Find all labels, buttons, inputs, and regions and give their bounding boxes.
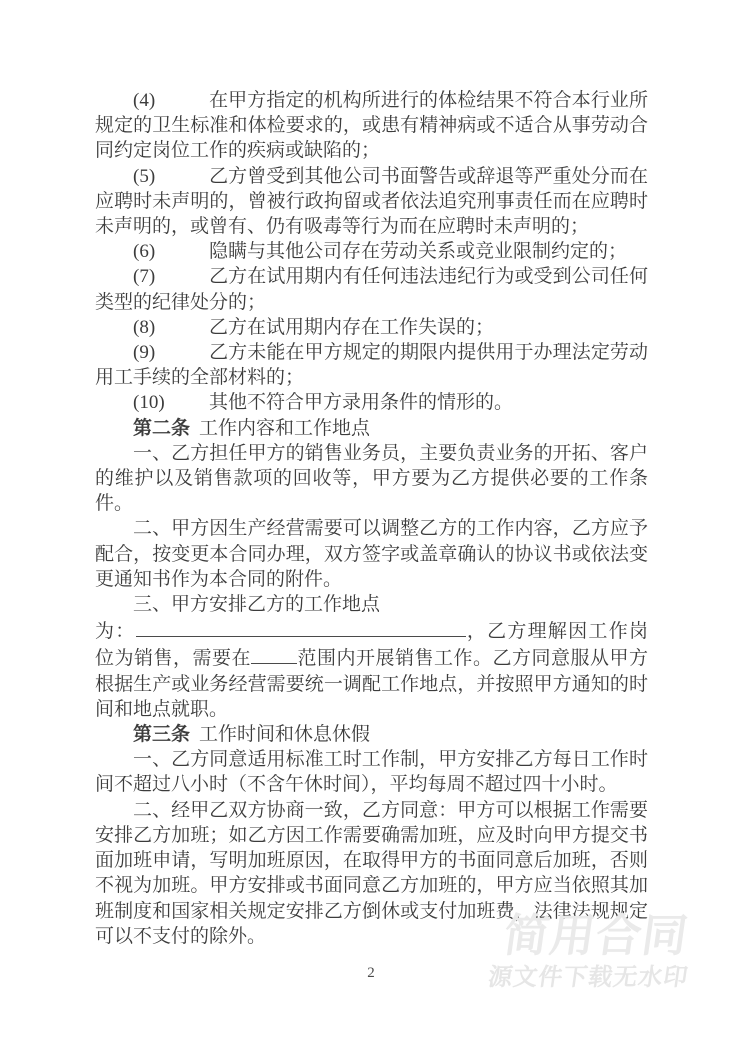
clause-item: (9)乙方未能在甲方规定的期限内提供用于办理法定劳动用工手续的全部材料的； xyxy=(95,340,648,390)
clause-item: (6)隐瞒与其他公司存在劳动关系或竞业限制约定的； xyxy=(95,239,648,264)
paragraph: 二、经甲乙双方协商一致，乙方同意：甲方可以根据工作需要安排乙方加班；如乙方因工作… xyxy=(95,798,648,949)
clause-heading-title: 工作时间和休息休假 xyxy=(199,724,370,745)
paragraph: 一、乙方担任甲方的销售业务员，主要负责业务的开拓、客户的维护以及销售款项的回收等… xyxy=(95,441,648,517)
item-number: (10) xyxy=(133,390,209,415)
item-text: 其他不符合甲方录用条件的情形的。 xyxy=(209,392,513,413)
item-number: (7) xyxy=(133,264,209,289)
clause-item: (4)在甲方指定的机构所进行的体检结果不符合本行业所规定的卫生标准和体检要求的，… xyxy=(95,88,648,164)
item-text: 隐瞒与其他公司存在劳动关系或竞业限制约定的； xyxy=(209,241,627,262)
clause-heading-title: 工作内容和工作地点 xyxy=(199,418,370,439)
paragraph: 一、乙方同意适用标准工时工作制，甲方安排乙方每日工作时间不超过八小时（不含午休时… xyxy=(95,747,648,797)
contract-body: (4)在甲方指定的机构所进行的体检结果不符合本行业所规定的卫生标准和体检要求的，… xyxy=(95,88,648,949)
clause-item: (5)乙方曾受到其他公司书面警告或辞退等严重处分而在应聘时未声明的，曾被行政拘留… xyxy=(95,164,648,240)
item-number: (8) xyxy=(133,315,209,340)
fill-in-blank xyxy=(251,644,297,664)
fill-in-blank xyxy=(136,617,466,637)
page-number: 2 xyxy=(0,965,742,982)
item-number: (9) xyxy=(133,340,209,365)
item-number: (4) xyxy=(133,88,209,113)
clause-item: (8)乙方在试用期内存在工作失误的； xyxy=(95,315,648,340)
paragraph-text: 为： xyxy=(95,621,136,642)
paragraph: 二、甲方因生产经营需要可以调整乙方的工作内容，乙方应予配合，按变更本合同办理，双… xyxy=(95,516,648,592)
clause-item: (10)其他不符合甲方录用条件的情形的。 xyxy=(95,390,648,415)
clause-heading: 第三条工作时间和休息休假 xyxy=(95,722,648,747)
clause-heading: 第二条工作内容和工作地点 xyxy=(95,416,648,441)
contract-document-page: (4)在甲方指定的机构所进行的体检结果不符合本行业所规定的卫生标准和体检要求的，… xyxy=(0,0,742,1050)
clause-heading-number: 第二条 xyxy=(133,418,190,439)
item-text: 乙方在试用期内存在工作失误的； xyxy=(209,317,494,338)
clause-item: (7)乙方在试用期内有任何违法违纪行为或受到公司任何类型的纪律处分的； xyxy=(95,264,648,314)
clause-heading-number: 第三条 xyxy=(133,724,190,745)
fill-in-paragraph: 为：，乙方理解因工作岗位为销售，需要在范围内开展销售工作。乙方同意服从甲方根据生… xyxy=(95,617,648,722)
item-number: (5) xyxy=(133,164,209,189)
item-number: (6) xyxy=(133,239,209,264)
paragraph: 三、甲方安排乙方的工作地点 xyxy=(95,592,648,617)
